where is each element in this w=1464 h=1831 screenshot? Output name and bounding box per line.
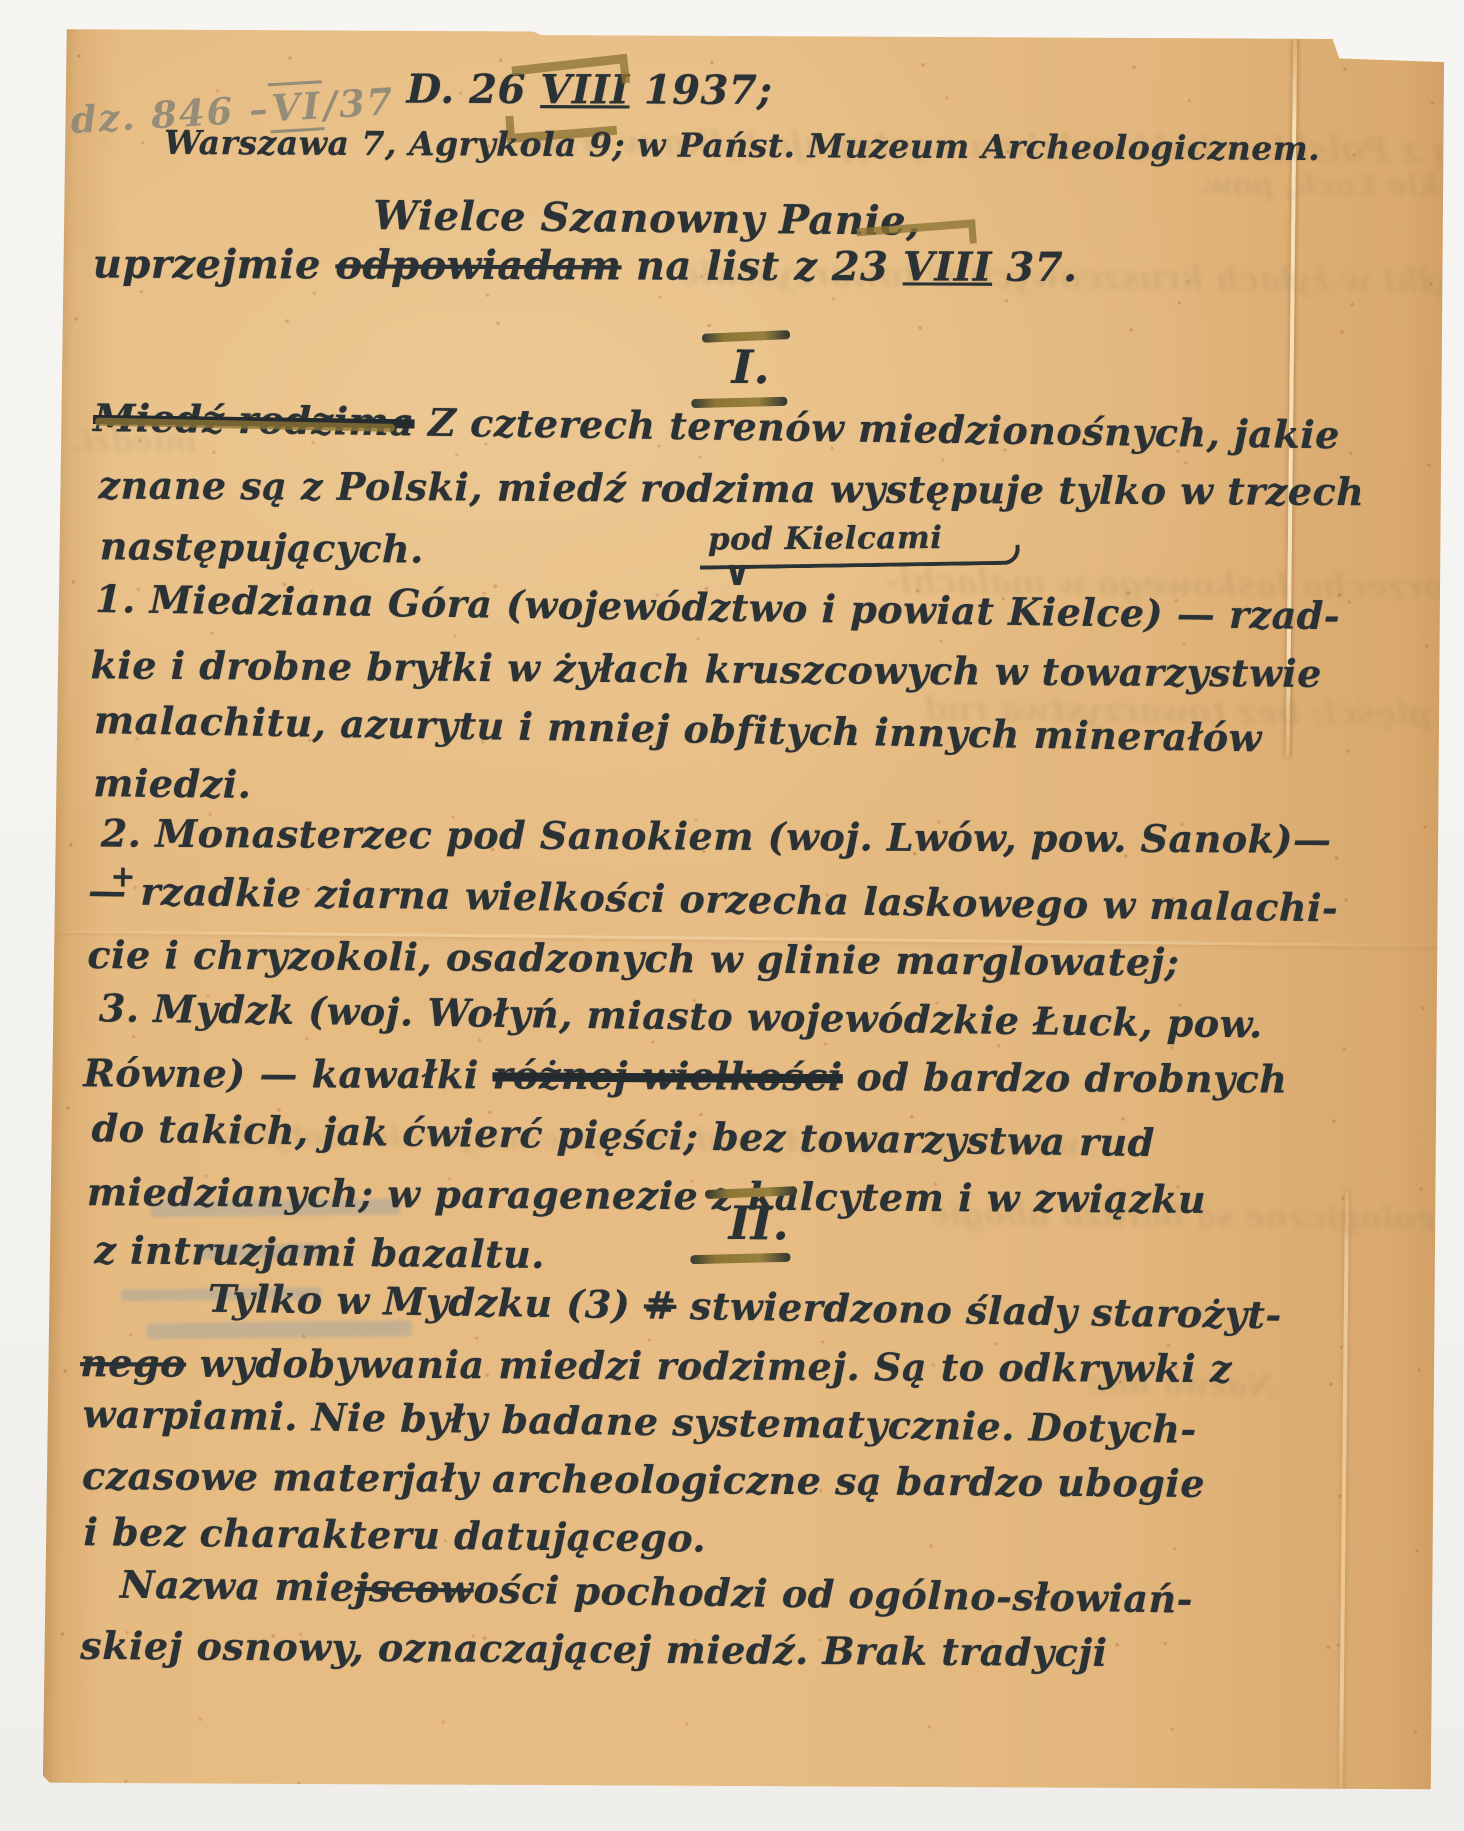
crease-vertical-lower [1339, 1188, 1349, 1796]
salutation: Wielce Szanowny Panie, [373, 192, 921, 245]
struck-text: różnej wielkości [492, 1052, 842, 1099]
roman-numeral-viii: VIII [903, 243, 992, 290]
crayon-bar [690, 1253, 790, 1264]
body-line: i bez charakteru datującego. [83, 1509, 706, 1561]
line-text: od bardzo drobnych [843, 1054, 1288, 1101]
body-line: warpiami. Nie były badane systematycznie… [82, 1391, 1197, 1452]
body-line: kie i drobne bryłki w żyłach kruszcowych… [90, 642, 1322, 696]
line-text: Z czterech terenów miedzionośnych, jakie [414, 399, 1340, 457]
date-suffix: 1937; [629, 66, 772, 113]
line-text: Nazwa mie [120, 1562, 355, 1610]
body-line: miedzi. [93, 760, 252, 807]
stamp-line [147, 1320, 412, 1339]
line-text: stwierdzono ślady starożyt- [676, 1283, 1282, 1338]
line-text: ości pochodzi od ogólno-słowiań- [473, 1567, 1193, 1622]
ghost-writing: 3. Mydzk (woj. Wołyń, miasto wojewódzkie… [1199, 167, 1464, 211]
body-line: cie i chryzokoli, osadzonych w glinie ma… [87, 932, 1179, 985]
registry-post: /37 [322, 79, 396, 127]
address-line: Warszawa 7, Agrykola 9; w Państ. Muzeum … [164, 123, 1320, 168]
intro-line: uprzejmie odpowiadam na list z 23 VIII 3… [93, 241, 1078, 291]
body-line: miedzianych; w paragenezie z kalcytem i … [87, 1169, 1206, 1222]
body-line: czasowe materjały archeologiczne są bard… [82, 1453, 1205, 1506]
line-text: wydobywania miedzi rodzimej. Są to odkry… [186, 1341, 1232, 1391]
body-line: nego wydobywania miedzi rodzimej. Są to … [80, 1340, 1232, 1391]
body-line: z intruzjami bazaltu. [94, 1227, 545, 1277]
paper: znane są z Polski, miedź rodzima występu… [43, 25, 1449, 1797]
section-heading-1: I. [697, 329, 818, 414]
body-line: Równe) — kawałki różnej wielkości od bar… [83, 1050, 1287, 1101]
struck-text: jscow [354, 1565, 473, 1612]
scan-background: { "letter": { "registry_note": {"pre": "… [0, 0, 1464, 1831]
section-numeral: I. [731, 340, 770, 394]
intro-pre: uprzejmie [93, 241, 336, 289]
intro-post: 37. [992, 244, 1078, 291]
body-line: 3. Mydzk (woj. Wołyń, miasto wojewódzkie… [99, 985, 1263, 1046]
body-line: Nazwa miejscowości pochodzi od ogólno-sł… [120, 1562, 1194, 1622]
body-line: skiej osnowy, oznaczającej miedź. Brak t… [80, 1623, 1108, 1675]
body-line: do takich, jak ćwierć pięści; bez towarz… [91, 1105, 1155, 1165]
line-text: Równe) — kawałki [83, 1050, 493, 1097]
body-line: 2. Monasterzec pod Sanokiem (woj. Lwów, … [101, 810, 1332, 861]
intro-struck: odpowiadam [335, 241, 621, 289]
section-heading-2: II. [698, 1184, 829, 1271]
body-line: — rzadkie ziarna wielkości orzecha lasko… [88, 868, 1339, 930]
section-numeral: II. [728, 1196, 789, 1251]
body-line: następujących. [100, 523, 425, 571]
line-text: Tylko w Mydzku (3) [208, 1276, 645, 1328]
struck-text: nego [80, 1340, 186, 1386]
struck-text: # [644, 1282, 677, 1328]
body-line: znane są z Polski, miedź rodzima występu… [98, 463, 1364, 515]
